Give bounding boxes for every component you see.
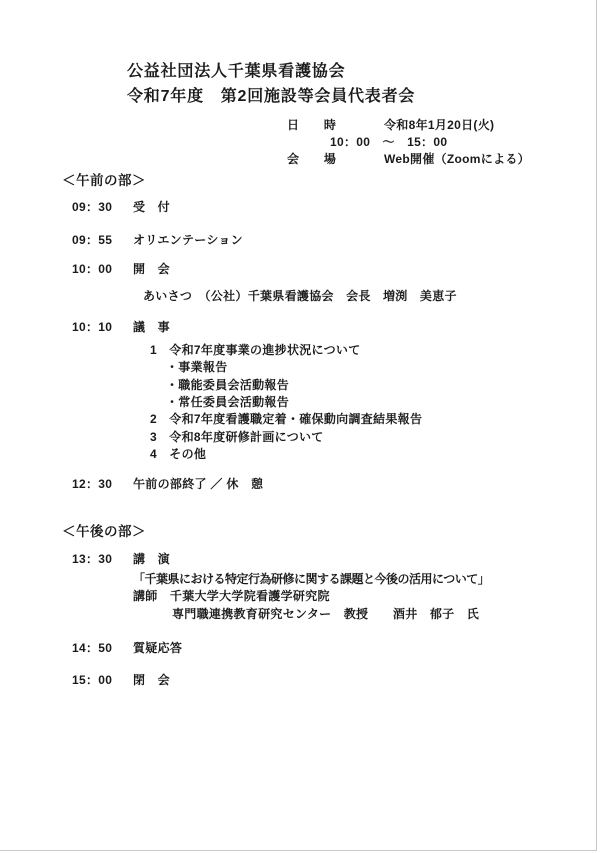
agenda-page: 公益社団法人千葉県看護協会 令和7年度 第2回施設等会員代表者会 日 時 令和8… (0, 0, 605, 853)
am-section-heading: ＜午前の部＞ (62, 173, 146, 189)
greeting-line: あいさつ （公社）千葉県看護協会 会長 増渕 美恵子 (143, 289, 457, 304)
schedule-row-qa: 14：50 質疑応答 (0, 641, 605, 657)
schedule-row-closing: 15：00 閉 会 (0, 673, 605, 689)
row-time: 13：30 (72, 552, 112, 567)
agenda-item-2: 2 令和7年度看護職定着・確保動向調査結果報告 (150, 412, 422, 427)
venue-value: Web開催（Zoomによる） (384, 152, 530, 167)
row-label: オリエンテーション (133, 233, 243, 248)
agenda-bullet-standing-committee-report: ・常任委員会活動報告 (166, 395, 289, 410)
row-time: 14：50 (72, 641, 112, 656)
row-time: 10：10 (72, 320, 112, 335)
date-value: 令和8年1月20日(火) (384, 118, 494, 133)
schedule-row-lecture: 13：30 講 演 (0, 552, 605, 568)
row-time: 09：30 (72, 200, 112, 215)
schedule-row-proceedings: 10：10 議 事 (0, 320, 605, 336)
meeting-title: 令和7年度 第2回施設等会員代表者会 (127, 87, 415, 106)
agenda-item-1: 1 令和7年度事業の進捗状況について (150, 343, 361, 358)
row-label: 閉 会 (133, 673, 170, 688)
schedule-row-orientation: 09：55 オリエンテーション (0, 233, 605, 249)
row-label: 開 会 (133, 262, 170, 277)
row-time: 10：00 (72, 262, 112, 277)
venue-row: 会 場 Web開催（Zoomによる） (287, 152, 336, 167)
agenda-item-3: 3 令和8年度研修計画について (150, 430, 324, 445)
schedule-row-reception: 09：30 受 付 (0, 200, 605, 216)
agenda-bullet-business-report: ・事業報告 (166, 360, 228, 375)
lecturer-line-1: 講師 千葉大学大学院看護学研究院 (133, 589, 330, 604)
lecture-title-line: 「千葉県における特定行為研修に関する課題と今後の活用について」 (133, 572, 489, 587)
pm-section-heading: ＜午後の部＞ (62, 524, 146, 540)
row-label: 講 演 (133, 552, 170, 567)
time-range: 10：00 ～ 15：00 (330, 135, 447, 150)
row-time: 09：55 (72, 233, 112, 248)
date-row: 日 時 令和8年1月20日(火) (287, 118, 336, 133)
agenda-item-4: 4 その他 (150, 447, 206, 462)
venue-label: 会 場 (287, 152, 336, 166)
date-label: 日 時 (287, 118, 336, 132)
row-time: 15：00 (72, 673, 112, 688)
schedule-row-opening: 10：00 開 会 (0, 262, 605, 278)
row-label: 午前の部終了 ／ 休 憩 (133, 477, 263, 492)
agenda-bullet-committee-report: ・職能委員会活動報告 (166, 378, 289, 393)
lecturer-line-2: 専門職連携教育研究センター 教授 酒井 郁子 氏 (172, 607, 479, 622)
row-label: 受 付 (133, 200, 170, 215)
schedule-row-am-end: 12：30 午前の部終了 ／ 休 憩 (0, 477, 605, 493)
row-label: 質疑応答 (133, 641, 182, 656)
row-label: 議 事 (133, 320, 170, 335)
row-time: 12：30 (72, 477, 112, 492)
org-title: 公益社団法人千葉県看護協会 (127, 62, 345, 81)
